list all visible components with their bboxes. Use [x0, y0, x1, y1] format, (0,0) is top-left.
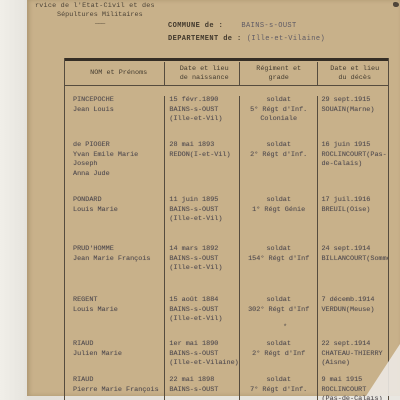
departement-value: (Ille-et-Vilaine): [247, 35, 325, 43]
table-row: RIAUD Julien Marie 1er mai 1890 BAINS-s-…: [65, 340, 388, 376]
cell-naissance: 22 mai 1898 BAINS-s-OUST: [165, 376, 240, 400]
cell-deces: 29 sept.1915 SOUAIN(Marne): [318, 96, 388, 141]
cell-regiment: soldat 5° Régt d'Inf. Coloniale: [240, 96, 318, 141]
commune-label: COMMUNE de :: [168, 22, 223, 30]
letterhead: rvice de l'Etat-Civil et des Sépultures …: [35, 2, 155, 29]
table-row: RIAUD Pierre Marie François 22 mai 1898 …: [65, 376, 388, 400]
table-row: de PIOGER Yvan Emile Marie Joseph Anna J…: [65, 141, 388, 196]
cell-regiment: soldat 154° Régt d'Inf: [240, 245, 318, 296]
cell-naissance: 15 févr.1890 BAINS-s-OUST (Ille-et-Vil): [165, 96, 240, 141]
table-header-rule-extension: [64, 86, 65, 87]
cell-regiment: soldat 2° Régt d'Inf.: [240, 141, 318, 196]
table-row: PRUD'HOMME Jean Marie François 14 mars 1…: [65, 245, 388, 296]
column-header-nom: NOM et Prénoms: [65, 62, 165, 85]
cell-regiment: soldat 7° Régt d'Inf.: [240, 376, 318, 400]
document-page: rvice de l'Etat-Civil et des Sépultures …: [27, 0, 400, 396]
letterhead-dash: ———: [95, 20, 155, 29]
cell-deces: 22 sept.1914 CHATEAU-THIERRY (Aisne): [318, 340, 388, 376]
cell-regiment: soldat 302° Régt d'Inf: [240, 296, 318, 340]
departement-label: DEPARTEMENT de :: [168, 35, 242, 43]
cell-deces: 7 décemb.1914 VERDUN(Meuse): [318, 296, 388, 340]
column-header-regiment: Régiment et grade: [240, 62, 318, 85]
column-header-deces: Date et lieu du décès: [318, 62, 388, 85]
cell-nom: PRUD'HOMME Jean Marie François: [65, 245, 165, 296]
cell-naissance: 14 mars 1892 BAINS-s-OUST (Ille-et-Vil): [165, 245, 240, 296]
document-heading: COMMUNE de : BAINS-s-OUST DEPARTEMENT de…: [168, 20, 325, 46]
cell-nom: de PIOGER Yvan Emile Marie Joseph Anna J…: [65, 141, 165, 196]
table-row: PINCEPOCHE Jean Louis 15 févr.1890 BAINS…: [65, 86, 388, 141]
cell-nom: REGENT Louis Marie: [65, 296, 165, 340]
casualty-register-table: NOM et Prénoms Date et lieu de naissance…: [64, 58, 389, 400]
table-top-rule: [64, 58, 388, 61]
cell-nom: PONDARD Louis Marie: [65, 196, 165, 245]
cell-naissance: 11 juin 1895 BAINS-s-OUST (Ille-et-Vil): [165, 196, 240, 245]
table-row: REGENT Louis Marie 15 août 1884 BAINS-s-…: [65, 296, 388, 340]
table-row: PONDARD Louis Marie 11 juin 1895 BAINS-s…: [65, 196, 388, 245]
stray-typed-mark: *: [283, 324, 287, 332]
cell-nom: RIAUD Julien Marie: [65, 340, 165, 376]
commune-value: BAINS-s-OUST: [241, 22, 296, 30]
cell-regiment: soldat 1° Régt Génie: [240, 196, 318, 245]
commune-line: COMMUNE de : BAINS-s-OUST: [168, 20, 325, 33]
cell-deces: 24 sept.1914 BILLANCOURT(Somme): [318, 245, 388, 296]
cell-nom: PINCEPOCHE Jean Louis: [65, 96, 165, 141]
cell-naissance: 15 août 1884 BAINS-s-OUST (Ille-et-Vil): [165, 296, 240, 340]
table-header-row: NOM et Prénoms Date et lieu de naissance…: [65, 62, 388, 86]
cell-nom: RIAUD Pierre Marie François: [65, 376, 165, 400]
departement-line: DEPARTEMENT de : (Ille-et-Vilaine): [168, 33, 325, 46]
ink-blot: [393, 2, 399, 7]
letterhead-line1: rvice de l'Etat-Civil et des: [35, 2, 155, 11]
cell-regiment: soldat 2° Régt d'Inf: [240, 340, 318, 376]
column-header-naissance: Date et lieu de naissance: [165, 62, 240, 85]
cell-naissance: 28 mai 1893 REDON(I-et-Vil): [165, 141, 240, 196]
cell-deces: 16 juin 1915 ROCLINCOURT(Pas- de-Calais): [318, 141, 388, 196]
cell-deces: 17 juil.1916 BREUIL(Oise): [318, 196, 388, 245]
cell-naissance: 1er mai 1890 BAINS-s-OUST (Ille-et-Vilai…: [165, 340, 240, 376]
letterhead-line2: Sépultures Militaires: [57, 11, 155, 20]
